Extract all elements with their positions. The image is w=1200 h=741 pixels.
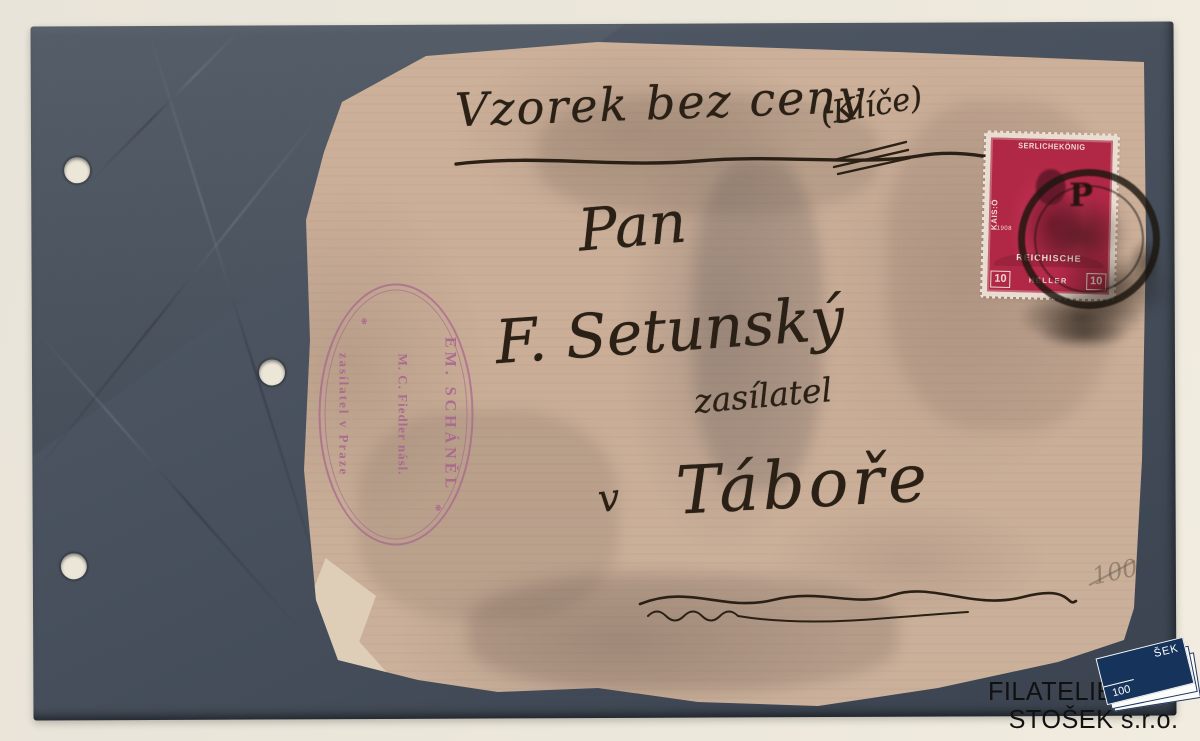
handwritten-city: Táboře [674,439,933,529]
punch-hole [61,553,87,579]
postmark-ink-smudge [1128,238,1162,284]
flourish-stroke [628,578,1088,626]
banknote-stack-icon: ŠEK 100 [1098,645,1198,709]
hatch-marks [828,134,918,176]
stamp-year: 1908 [997,225,1013,231]
punch-hole [259,359,285,385]
company-successor: M. C. Fiedler násl. [395,284,411,546]
asterisk-mark: * [427,504,444,512]
postmark-ink-smudge [1038,318,1130,350]
company-oval-stamp: EM. SCHÁNĚL M. C. Fiedler násl. zasílate… [319,284,474,546]
company-role: zasílatel v Praze [336,284,352,546]
photo-of-postal-cover: Vzorek bez ceny (Klíče) Pan F. Setunský … [0,0,1200,741]
underline-stroke [448,148,1048,174]
punch-hole [64,157,90,183]
asterisk-mark: * [353,318,370,326]
stamp-top-text: SERLICHEKÖNIG [996,141,1108,153]
banknote-bottom-label: 100 [1111,683,1132,699]
dealer-watermark-line1: FILATELIE [988,676,1114,707]
banknote-top-label: ŠEK [1153,642,1180,660]
handwritten-city-prefix: v [596,475,622,521]
stamp-value-left: 10 [990,270,1011,288]
handwritten-addressee-title: Pan [575,187,689,264]
